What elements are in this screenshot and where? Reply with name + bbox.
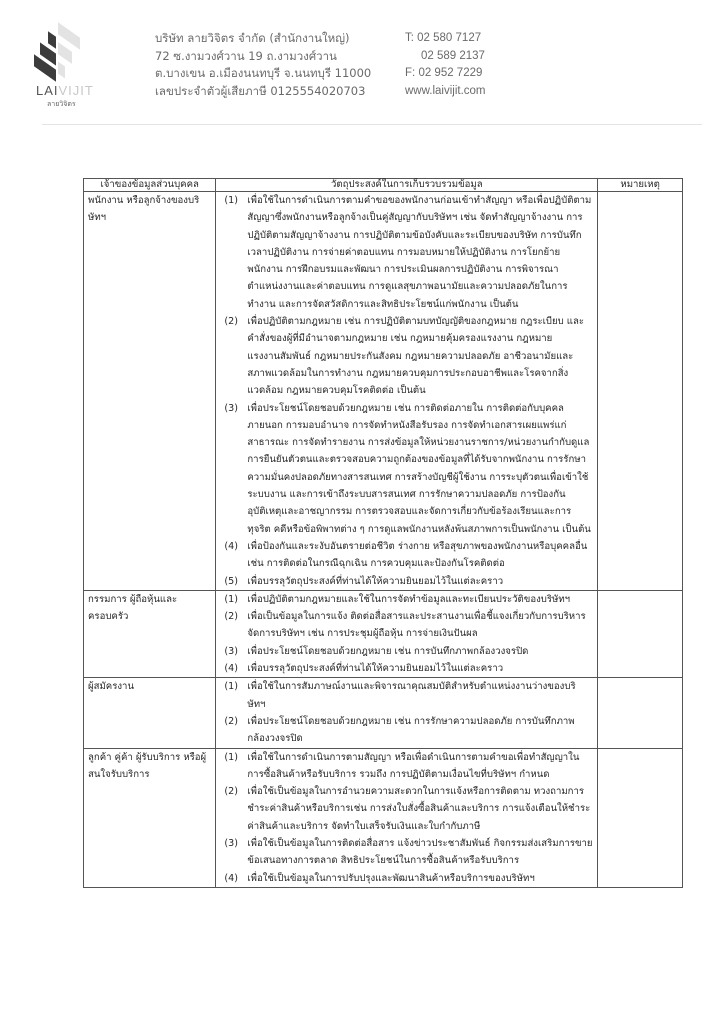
purpose-list: (1)เพื่อใช้ในการดำเนินการตามคำขอของพนักง… <box>220 192 593 590</box>
data-purpose-table: เจ้าของข้อมูลส่วนบุคคล วัตถุประสงค์ในการ… <box>83 178 683 888</box>
purpose-cell: (1)เพื่อใช้ในการสัมภาษณ์งานและพิจารณาคุณ… <box>216 678 598 748</box>
purpose-number: (4) <box>224 660 238 677</box>
purpose-item: (2)เพื่อประโยชน์โดยชอบด้วยกฎหมาย เช่น กา… <box>220 713 593 748</box>
logo-thai-name: ลายวิจิตร <box>47 99 76 110</box>
data-owner-cell: พนักงาน หรือลูกจ้างของบริษัทฯ <box>84 192 216 591</box>
purpose-list: (1)เพื่อปฏิบัติตามกฎหมายและใช้ในการจัดทำ… <box>220 591 593 677</box>
company-name: บริษัท ลายวิจิตร จำกัด (สำนักงานใหญ่) <box>155 30 371 48</box>
purpose-text: เพื่อประโยชน์โดยชอบด้วยกฎหมาย เช่น การติ… <box>247 403 590 535</box>
purpose-number: (2) <box>224 608 238 625</box>
purpose-text: เพื่อปฏิบัติตามกฎหมายและใช้ในการจัดทำข้อ… <box>247 594 570 605</box>
purpose-item: (3)เพื่อประโยชน์โดยชอบด้วยกฎหมาย เช่น กา… <box>220 643 593 660</box>
purpose-number: (5) <box>224 573 238 590</box>
purpose-text: เพื่อใช้ในการดำเนินการตามคำขอของพนักงานก… <box>247 195 591 310</box>
table-row: ผู้สมัครงาน(1)เพื่อใช้ในการสัมภาษณ์งานแล… <box>84 678 683 748</box>
table-header-row: เจ้าของข้อมูลส่วนบุคคล วัตถุประสงค์ในการ… <box>84 179 683 192</box>
note-cell <box>598 192 683 591</box>
purpose-number: (2) <box>224 783 238 800</box>
data-owner-cell: ผู้สมัครงาน <box>84 678 216 748</box>
purpose-item: (1)เพื่อใช้ในการดำเนินการตามคำขอของพนักง… <box>220 192 593 313</box>
telephone-1: T: 02 580 7127 <box>405 30 486 48</box>
purpose-cell: (1)เพื่อใช้ในการดำเนินการตามสัญญา หรือเพ… <box>216 748 598 887</box>
header-divider <box>42 124 702 125</box>
purpose-list: (1)เพื่อใช้ในการสัมภาษณ์งานและพิจารณาคุณ… <box>220 678 593 747</box>
company-logo: LAIVIJIT ลายวิจิตร <box>34 28 104 118</box>
purpose-text: เพื่อบรรลุวัตถุประสงค์ที่ท่านได้ให้ความย… <box>247 576 503 587</box>
fax: F: 02 952 7229 <box>405 65 486 83</box>
purpose-number: (1) <box>224 749 238 766</box>
purpose-number: (4) <box>224 538 238 555</box>
purpose-list: (1)เพื่อใช้ในการดำเนินการตามสัญญา หรือเพ… <box>220 749 593 887</box>
purpose-item: (4)เพื่อป้องกันและระงับอันตรายต่อชีวิต ร… <box>220 538 593 573</box>
purpose-number: (2) <box>224 313 238 330</box>
telephone-2: 02 589 2137 <box>405 48 486 66</box>
purpose-item: (3)เพื่อใช้เป็นข้อมูลในการติดต่อสื่อสาร … <box>220 835 593 870</box>
note-cell <box>598 590 683 677</box>
purpose-item: (2)เพื่อเป็นข้อมูลในการแจ้ง ติดต่อสื่อสา… <box>220 608 593 643</box>
purpose-item: (5)เพื่อบรรลุวัตถุประสงค์ที่ท่านได้ให้คว… <box>220 573 593 590</box>
purpose-number: (4) <box>224 870 238 887</box>
purpose-text: เพื่อประโยชน์โดยชอบด้วยกฎหมาย เช่น การรั… <box>247 716 574 744</box>
purpose-text: เพื่อปฏิบัติตามกฎหมาย เช่น การปฏิบัติตาม… <box>247 316 584 396</box>
table-row: พนักงาน หรือลูกจ้างของบริษัทฯ(1)เพื่อใช้… <box>84 192 683 591</box>
column-header-owner: เจ้าของข้อมูลส่วนบุคคล <box>84 179 216 192</box>
purpose-text: เพื่อใช้ในการดำเนินการตามสัญญา หรือเพื่อ… <box>247 752 579 780</box>
purpose-number: (1) <box>224 591 238 608</box>
column-header-purpose: วัตถุประสงค์ในการเก็บรวบรวมข้อมูล <box>216 179 598 192</box>
table-row: ลูกค้า คู่ค้า ผู้รับบริการ หรือผู้สนใจรั… <box>84 748 683 887</box>
purpose-number: (2) <box>224 713 238 730</box>
note-cell <box>598 678 683 748</box>
logo-wordmark: LAIVIJIT <box>36 83 94 98</box>
purpose-item: (3)เพื่อประโยชน์โดยชอบด้วยกฎหมาย เช่น กา… <box>220 400 593 538</box>
website-link[interactable]: www.laivijit.com <box>405 83 486 101</box>
company-contact: T: 02 580 7127 02 589 2137 F: 02 952 722… <box>405 30 486 100</box>
purpose-text: เพื่อใช้เป็นข้อมูลในการอำนวยความสะดวกในก… <box>247 786 590 832</box>
data-owner-cell: กรรมการ ผู้ถือหุ้นและครอบครัว <box>84 590 216 677</box>
column-header-note: หมายเหตุ <box>598 179 683 192</box>
table-row: กรรมการ ผู้ถือหุ้นและครอบครัว(1)เพื่อปฏิ… <box>84 590 683 677</box>
purpose-number: (1) <box>224 678 238 695</box>
data-owner-cell: ลูกค้า คู่ค้า ผู้รับบริการ หรือผู้สนใจรั… <box>84 748 216 887</box>
letterhead: LAIVIJIT ลายวิจิตร บริษัท ลายวิจิตร จำกั… <box>0 0 724 130</box>
purpose-text: เพื่อป้องกันและระงับอันตรายต่อชีวิต ร่าง… <box>247 541 587 569</box>
purpose-item: (2)เพื่อปฏิบัติตามกฎหมาย เช่น การปฏิบัติ… <box>220 313 593 399</box>
purpose-item: (2)เพื่อใช้เป็นข้อมูลในการอำนวยความสะดวก… <box>220 783 593 835</box>
purpose-text: เพื่อเป็นข้อมูลในการแจ้ง ติดต่อสื่อสารแล… <box>247 611 585 639</box>
purpose-text: เพื่อใช้เป็นข้อมูลในการติดต่อสื่อสาร แจ้… <box>247 838 592 866</box>
address-line: 72 ซ.งามวงศ์วาน 19 ถ.งามวงศ์วาน <box>155 48 371 66</box>
purpose-cell: (1)เพื่อใช้ในการดำเนินการตามคำขอของพนักง… <box>216 192 598 591</box>
purpose-item: (4)เพื่อใช้เป็นข้อมูลในการปรับปรุงและพัฒ… <box>220 870 593 887</box>
purpose-text: เพื่อบรรลุวัตถุประสงค์ที่ท่านได้ให้ความย… <box>247 663 503 674</box>
purpose-number: (3) <box>224 400 238 417</box>
purpose-text: เพื่อใช้ในการสัมภาษณ์งานและพิจารณาคุณสมบ… <box>247 681 575 709</box>
purpose-number: (3) <box>224 835 238 852</box>
purpose-text: เพื่อประโยชน์โดยชอบด้วยกฎหมาย เช่น การบั… <box>247 646 528 657</box>
tax-id: เลขประจำตัวผู้เสียภาษี 0125554020703 <box>155 83 371 101</box>
purpose-number: (3) <box>224 643 238 660</box>
note-cell <box>598 748 683 887</box>
table-body: พนักงาน หรือลูกจ้างของบริษัทฯ(1)เพื่อใช้… <box>84 192 683 888</box>
purpose-number: (1) <box>224 192 238 209</box>
purpose-item: (4)เพื่อบรรลุวัตถุประสงค์ที่ท่านได้ให้คว… <box>220 660 593 677</box>
purpose-item: (1)เพื่อใช้ในการสัมภาษณ์งานและพิจารณาคุณ… <box>220 678 593 713</box>
company-address: บริษัท ลายวิจิตร จำกัด (สำนักงานใหญ่) 72… <box>155 30 371 100</box>
purpose-cell: (1)เพื่อปฏิบัติตามกฎหมายและใช้ในการจัดทำ… <box>216 590 598 677</box>
purpose-item: (1)เพื่อใช้ในการดำเนินการตามสัญญา หรือเพ… <box>220 749 593 784</box>
purpose-text: เพื่อใช้เป็นข้อมูลในการปรับปรุงและพัฒนาส… <box>247 873 534 884</box>
purpose-item: (1)เพื่อปฏิบัติตามกฎหมายและใช้ในการจัดทำ… <box>220 591 593 608</box>
address-line: ต.บางเขน อ.เมืองนนทบุรี จ.นนทบุรี 11000 <box>155 65 371 83</box>
